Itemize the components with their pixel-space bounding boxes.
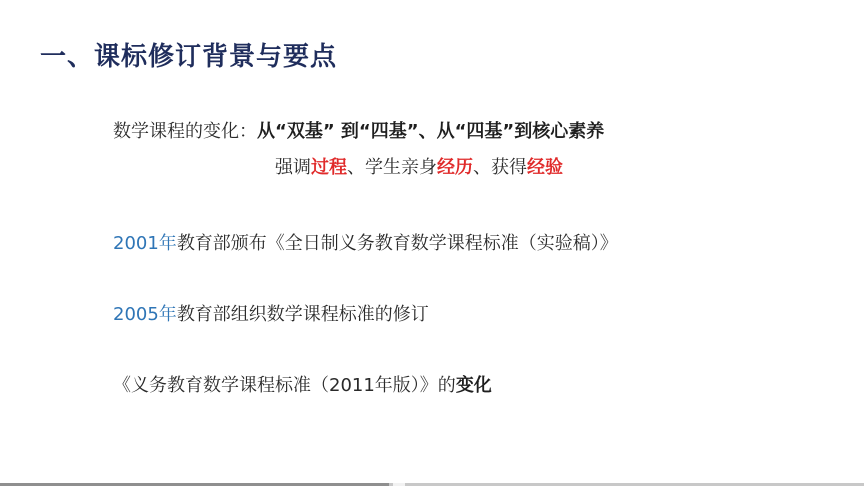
emphasis-keyword-process: 过程 <box>311 157 347 178</box>
timeline-year: 2001年 <box>113 233 177 254</box>
standard-2011-change: 变化 <box>456 375 492 396</box>
emphasis-keyword-experience: 经历 <box>437 157 473 178</box>
curriculum-change-label: 数学课程的变化： <box>113 121 257 142</box>
curriculum-change-text: 从“双基” 到“四基”、从“四基”到核心素养 <box>257 121 604 142</box>
emphasis-text-3: 、获得 <box>473 157 527 178</box>
emphasis-line: 强调过程、学生亲身经历、获得经验 <box>275 153 563 179</box>
curriculum-change-line: 数学课程的变化：从“双基” 到“四基”、从“四基”到核心素养 <box>113 117 604 143</box>
timeline-item-2001: 2001年教育部颁布《全日制义务教育数学课程标准（实验稿）》 <box>113 229 618 255</box>
timeline-item-2005: 2005年教育部组织数学课程标准的修订 <box>113 300 429 326</box>
standard-2011-text: 《义务教育数学课程标准（2011年版）》的 <box>113 375 456 396</box>
timeline-text: 教育部颁布《全日制义务教育数学课程标准（实验稿）》 <box>177 233 618 254</box>
emphasis-text-1: 强调 <box>275 157 311 178</box>
standard-2011-line: 《义务教育数学课程标准（2011年版）》的变化 <box>113 371 492 397</box>
slide-title: 一、课标修订背景与要点 <box>40 36 337 73</box>
emphasis-text-2: 、学生亲身 <box>347 157 437 178</box>
timeline-year: 2005年 <box>113 304 177 325</box>
emphasis-keyword-gain: 经验 <box>527 157 563 178</box>
timeline-text: 教育部组织数学课程标准的修订 <box>177 304 429 325</box>
